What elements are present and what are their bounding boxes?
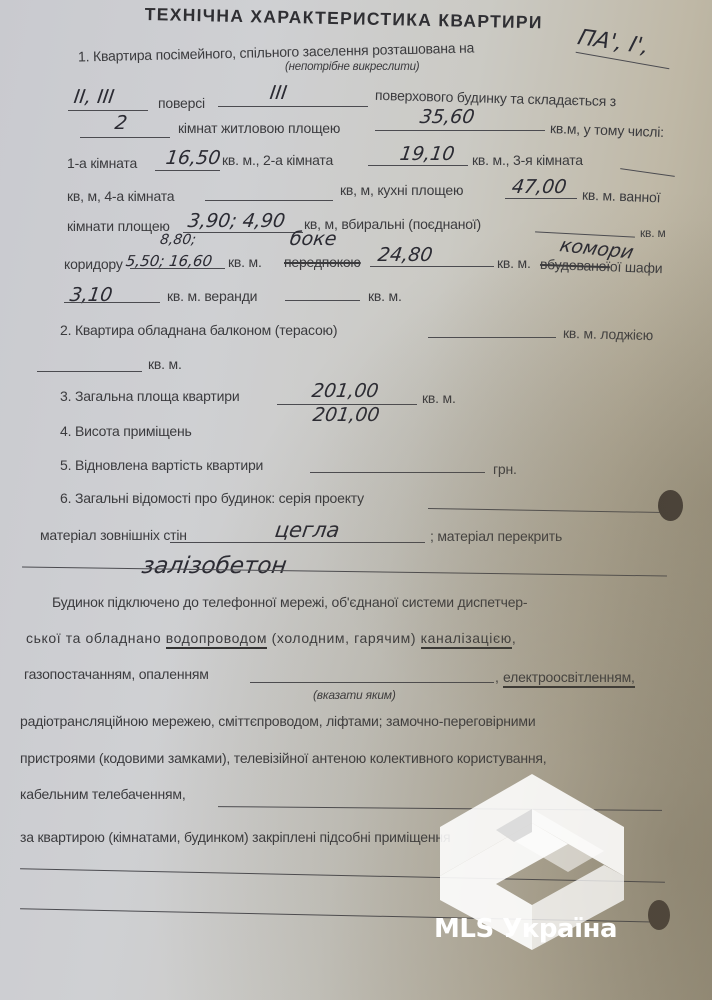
document-title: ТЕХНІЧНА ХАРАКТЕРИСТИКА КВАРТИРИ (145, 4, 543, 33)
walls-label: матеріал зовнішніх стін (40, 527, 187, 543)
closet-label-struck: вбудованої (540, 256, 610, 274)
kitchen-label: кв, м, кухні площею (340, 182, 463, 198)
floors-material-value: залізобетон (140, 553, 288, 579)
utilities-line4: радіотрансляційною мережею, сміттєпровод… (20, 713, 535, 729)
hall-replacement: боке (288, 228, 338, 250)
item6-text: 6. Загальні відомості про будинок: серія… (60, 490, 364, 506)
binder-hole-2 (648, 900, 670, 930)
bath-value: 3,90; 4,90 (186, 210, 286, 232)
building-floors-line (218, 106, 368, 107)
corridor-extra: 8,80; (159, 232, 197, 248)
utilities-line2-a: ської та обладнано (26, 630, 161, 646)
water-supply: водопроводом (166, 630, 267, 649)
binder-hole (658, 490, 683, 521)
closet-line (64, 302, 160, 303)
veranda-unit: кв. м. (368, 288, 402, 304)
hall-unit: кв. м. (497, 255, 531, 271)
corridor-line (130, 268, 225, 269)
heating-line (250, 682, 494, 683)
room3-unit: кв, м, 4-а кімната (67, 188, 174, 204)
room2-line (368, 165, 468, 166)
floors-line (68, 110, 148, 111)
heating-note: (вказати яким) (313, 688, 396, 702)
utilities-line3-sep: , (495, 669, 499, 685)
room2-value: 19,10 (398, 143, 455, 165)
floors-material-label: ; матеріал перекрить (430, 528, 562, 544)
corridor-label: коридору (64, 256, 123, 272)
rooms-line (80, 137, 170, 138)
utilities-line1: Будинок підключено до телефонної мережі,… (52, 594, 527, 610)
kitchen-line (505, 198, 577, 199)
floors-label: поверсі (158, 95, 205, 111)
room2-unit: кв. м., 3-я кімната (472, 152, 583, 168)
item1-note: (непотрібне викреслити) (285, 61, 419, 73)
hall-value: 24,80 (376, 244, 433, 266)
item2-text: 2. Квартира обладнана балконом (терасою) (60, 322, 337, 338)
corridor-unit: кв. м. (228, 254, 262, 270)
sewerage: каналізацією (421, 630, 512, 649)
living-area-unit: кв.м, у тому числі: (550, 120, 664, 140)
utilities-line5: пристроями (кодовими замками), телевізій… (20, 750, 547, 766)
utilities-line2-c: , (512, 630, 517, 646)
room1-label: 1-а кімната (67, 155, 137, 171)
item2-unit2: кв. м. (148, 356, 182, 372)
total-area-value-repeat: 201,00 (311, 404, 381, 426)
item4-text: 4. Висота приміщень (60, 423, 192, 439)
bath-line (183, 232, 303, 233)
veranda-label: кв. м. веранди (167, 288, 257, 304)
veranda-line (285, 300, 360, 301)
kitchen-value: 47,00 (510, 176, 567, 198)
walls-value: цегла (273, 518, 341, 542)
series-line (428, 508, 663, 513)
room3-line (620, 168, 675, 177)
closet-label-rest: ої шафи (610, 258, 663, 276)
electric-lighting: електроосвітленням, (503, 669, 635, 688)
hall-label-struck: передпокою (284, 254, 361, 270)
total-area-value: 201,00 (310, 380, 380, 402)
building-floors-value: ІІІ (268, 82, 288, 104)
bath-label: кімнати площею (67, 218, 170, 234)
mls-brand-text: MLS Україна (434, 914, 617, 944)
living-area-value: 35,60 (418, 106, 475, 128)
item3-text: 3. Загальна площа квартири (60, 388, 239, 404)
rooms-value: 2 (113, 112, 128, 134)
toilet-unit: кв. м (640, 226, 666, 240)
item3-unit: кв. м. (422, 390, 456, 406)
kitchen-unit: кв. м. ванної (582, 187, 661, 206)
room1-line (155, 170, 220, 171)
walls-line (170, 542, 425, 543)
item5-unit: грн. (493, 461, 517, 477)
room4-line (205, 200, 333, 201)
closet-label: вбудованоїої шафи (540, 256, 663, 276)
hall-line (370, 266, 494, 267)
cost-line (310, 472, 485, 473)
item5-text: 5. Відновлена вартість квартири (60, 457, 263, 473)
building-label: поверхового будинку та складається з (375, 87, 616, 109)
rooms-label: кімнат житловою площею (178, 120, 340, 136)
floors-value: ІІ, ІІІ (72, 86, 115, 108)
room1-value: 16,50 (164, 147, 221, 169)
item2-unit1: кв. м. лоджією (563, 325, 653, 343)
balcony-line (428, 337, 556, 338)
utilities-line3-a: газопостачанням, опаленням (24, 666, 209, 682)
room1-unit: кв. м., 2-а кімната (222, 152, 333, 168)
living-area-line (375, 130, 545, 131)
utilities-line2: ської та обладнано водопроводом (холодни… (26, 630, 516, 646)
floors-material-line (22, 566, 667, 576)
utilities-line3: газопостачанням, опаленням (24, 666, 209, 682)
utilities-line6: кабельним телебаченням, (20, 786, 186, 802)
loggia-line (37, 371, 142, 372)
utilities-line7: за квартирою (кімнатами, будинком) закрі… (20, 829, 450, 845)
utilities-line2-b: (холодним, гарячим) (272, 630, 417, 646)
